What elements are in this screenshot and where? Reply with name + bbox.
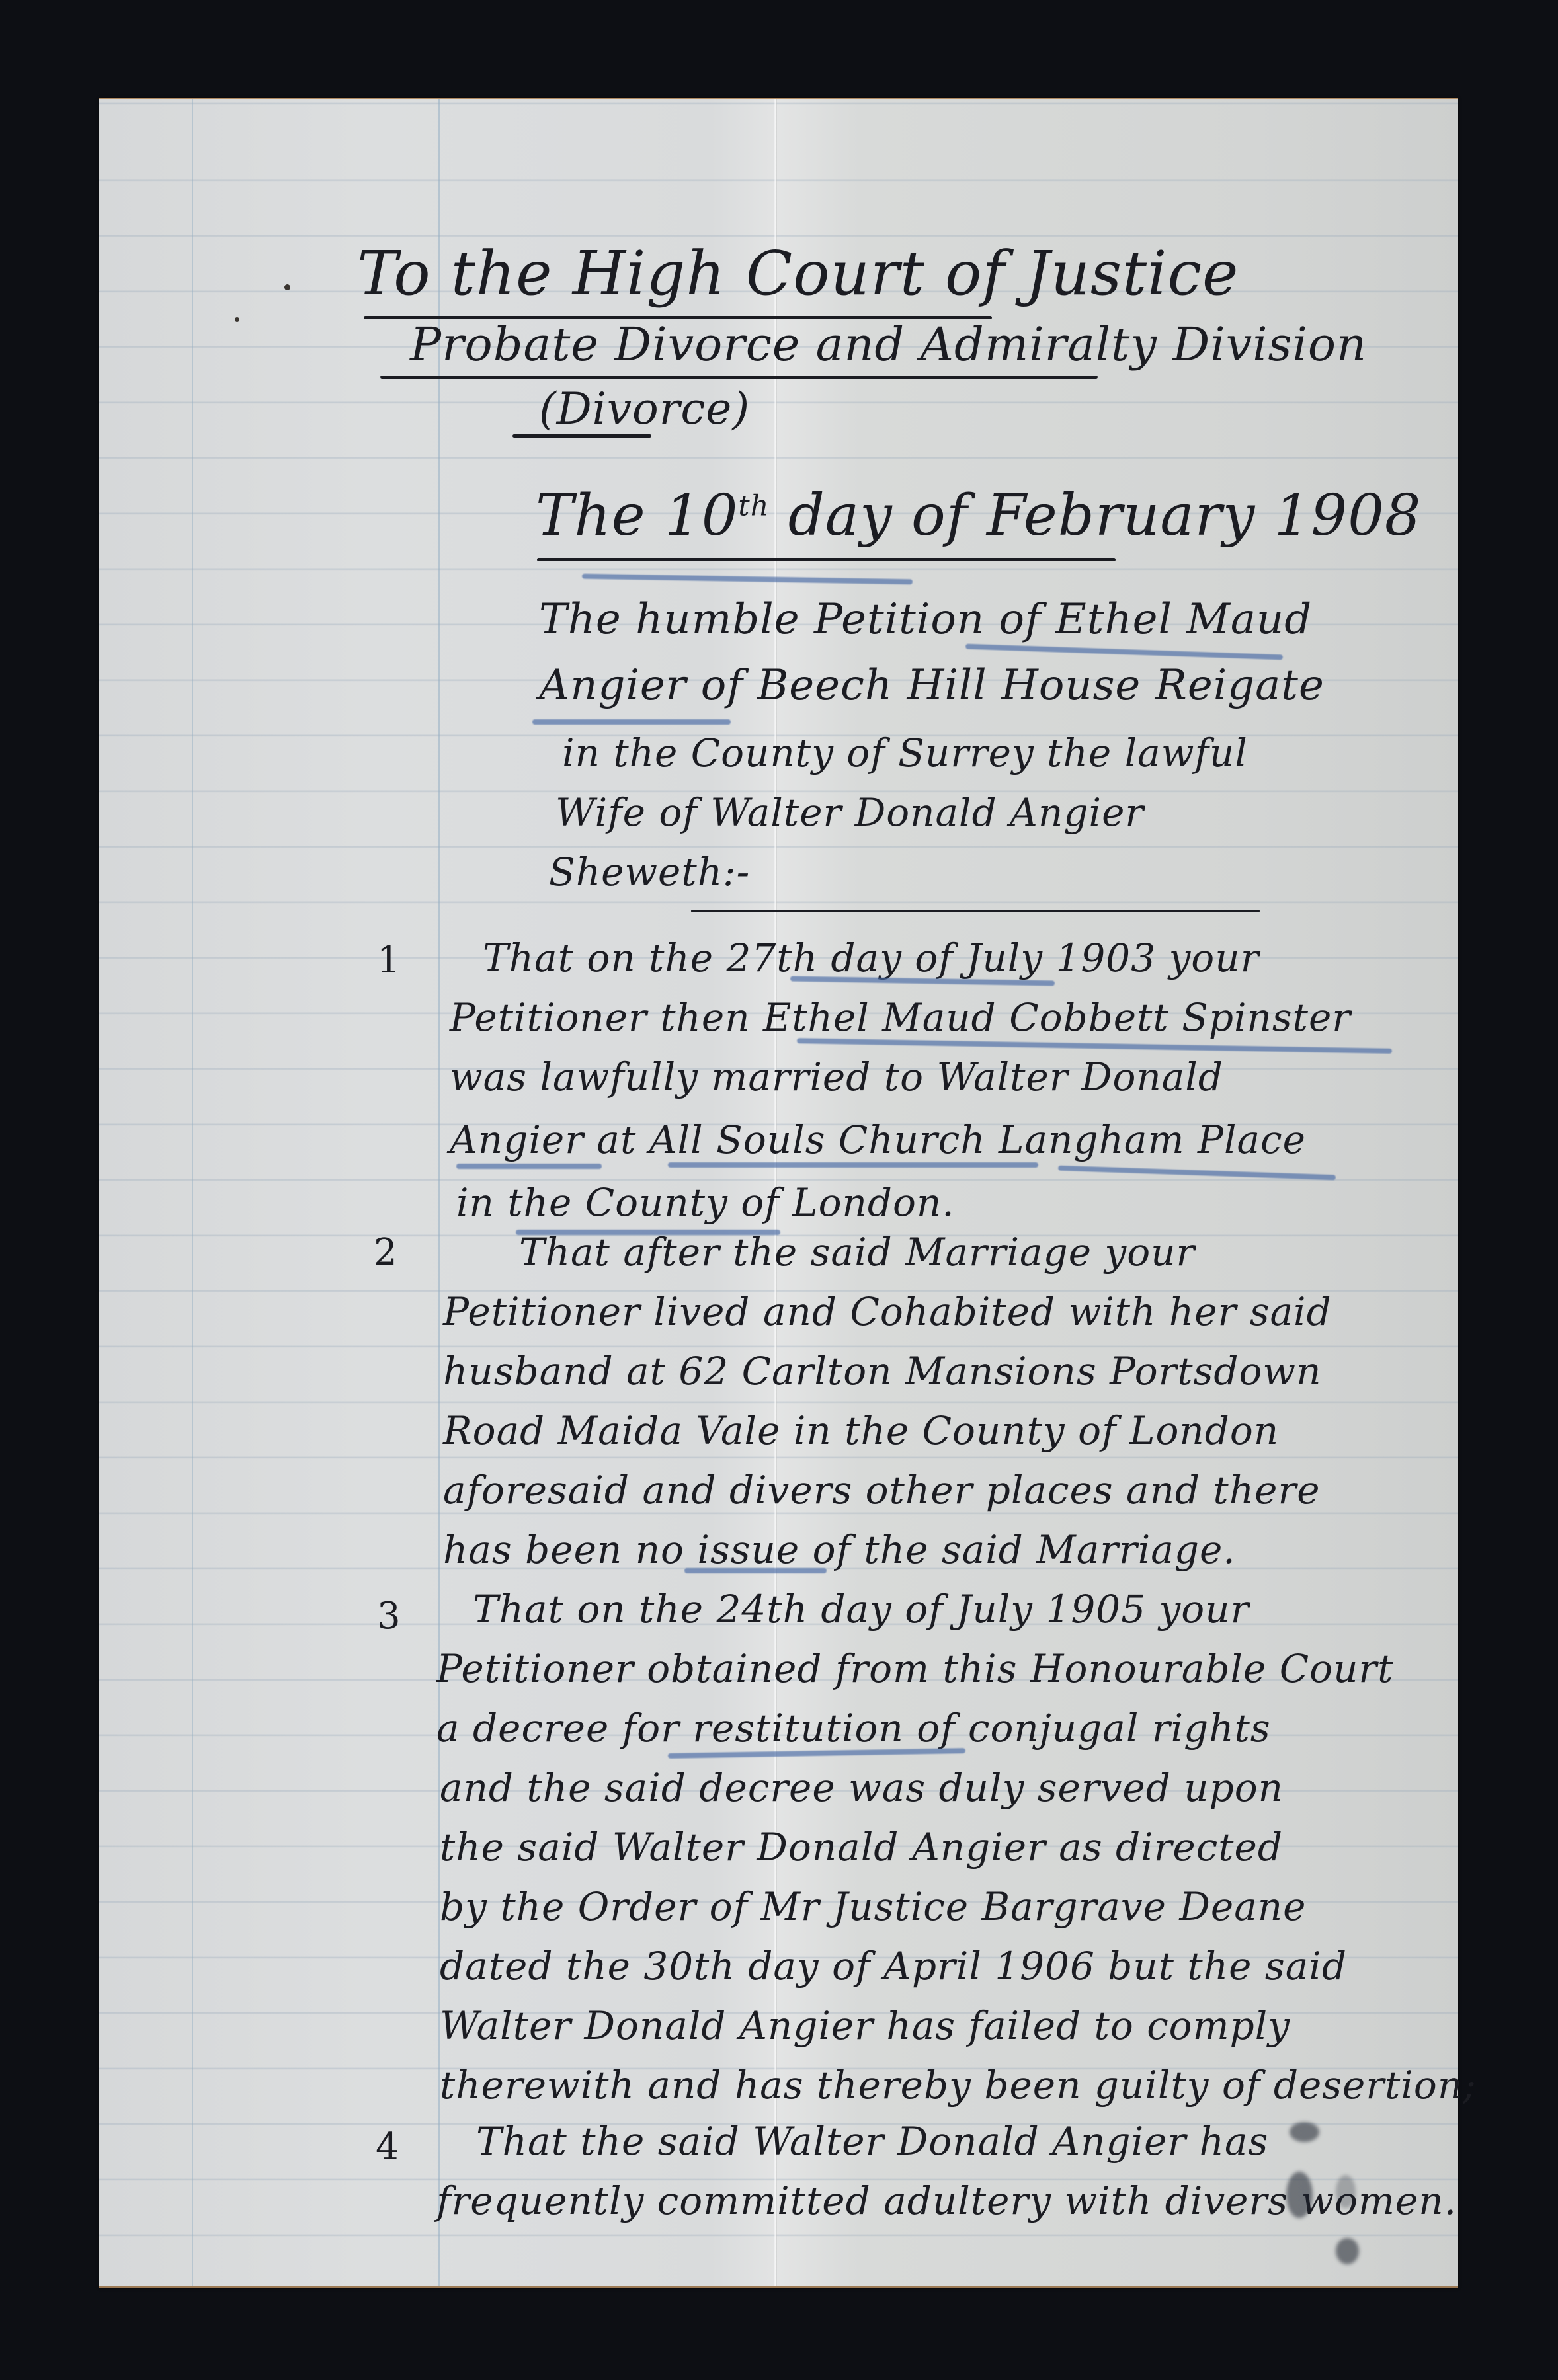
date-ordinal: th	[738, 489, 769, 522]
blue-pencil-mark	[456, 1164, 602, 1169]
blue-pencil-mark	[532, 719, 731, 725]
paragraph-line: dated the 30th day of April 1906 but the…	[440, 1944, 1347, 1989]
paragraph-line: Petitioner lived and Cohabited with her …	[443, 1289, 1332, 1334]
paragraph-line: Walter Donald Angier has failed to compl…	[440, 2003, 1290, 2048]
punch-hole	[235, 317, 239, 322]
paragraph-line: That after the said Marriage your	[519, 1230, 1195, 1275]
paragraph-line: and the said decree was duly served upon	[440, 1765, 1284, 1810]
ink-blot	[1286, 2172, 1313, 2218]
document-sheet: To the High Court of Justice Probate Div…	[99, 98, 1458, 2288]
blue-pencil-mark	[684, 1568, 827, 1573]
preamble-line: in the County of Surrey the lawful	[562, 731, 1248, 775]
paragraph-line: Petitioner then Ethel Maud Cobbett Spins…	[450, 995, 1351, 1040]
section-divider	[691, 910, 1260, 912]
paragraph-line: husband at 62 Carlton Mansions Portsdown	[443, 1349, 1321, 1394]
paragraph-line: therewith and has thereby been guilty of…	[440, 2063, 1477, 2108]
division-heading: Probate Divorce and Admiralty Division	[410, 317, 1367, 372]
preamble-line: Wife of Walter Donald Angier	[555, 790, 1144, 835]
divorce-underline	[512, 434, 651, 438]
outer-margin-line	[192, 99, 193, 2286]
petition-date: The 10th day of February 1908	[536, 483, 1422, 549]
paragraph-line: That on the 24th day of July 1905 your	[473, 1587, 1249, 1632]
paragraph-line: Road Maida Vale in the County of London	[443, 1408, 1279, 1453]
divorce-subheading: (Divorce)	[539, 383, 750, 434]
paragraph-number: 4	[376, 2125, 400, 2168]
ink-blot	[1290, 2122, 1319, 2142]
ink-blot	[1336, 2175, 1356, 2208]
paragraph-line: aforesaid and divers other places and th…	[443, 1468, 1321, 1513]
paragraph-line: the said Walter Donald Angier as directe…	[440, 1825, 1283, 1870]
date-underline	[537, 558, 1116, 561]
paragraph-line: has been no issue of the said Marriage.	[443, 1527, 1236, 1572]
paragraph-number: 1	[377, 939, 401, 982]
paragraph-line: Angier at All Souls Church Langham Place	[450, 1117, 1306, 1162]
paragraph-line: Petitioner obtained from this Honourable…	[436, 1646, 1393, 1691]
date-suffix: day of February 1908	[788, 483, 1422, 549]
paragraph-line: That the said Walter Donald Angier has	[476, 2119, 1268, 2164]
preamble-line: The humble Petition of Ethel Maud	[539, 595, 1312, 644]
punch-hole	[284, 284, 290, 290]
division-underline	[380, 376, 1098, 379]
paragraph-line: in the County of London.	[456, 1180, 955, 1225]
ink-blot	[1336, 2238, 1359, 2264]
preamble-line: Sheweth:-	[549, 850, 750, 894]
paragraph-line: That on the 27th day of July 1903 your	[483, 935, 1259, 980]
blue-pencil-mark	[668, 1162, 1038, 1168]
paragraph-number: 2	[374, 1231, 398, 1274]
court-heading: To the High Court of Justice	[357, 238, 1239, 309]
paragraph-line: a decree for restitution of conjugal rig…	[436, 1706, 1271, 1751]
preamble-line: Angier of Beech Hill House Reigate	[539, 661, 1325, 710]
paragraph-line: by the Order of Mr Justice Bargrave Dean…	[440, 1884, 1306, 1929]
date-prefix: The 10	[536, 483, 738, 549]
paragraph-line: was lawfully married to Walter Donald	[450, 1054, 1223, 1099]
paragraph-number: 3	[377, 1595, 401, 1638]
